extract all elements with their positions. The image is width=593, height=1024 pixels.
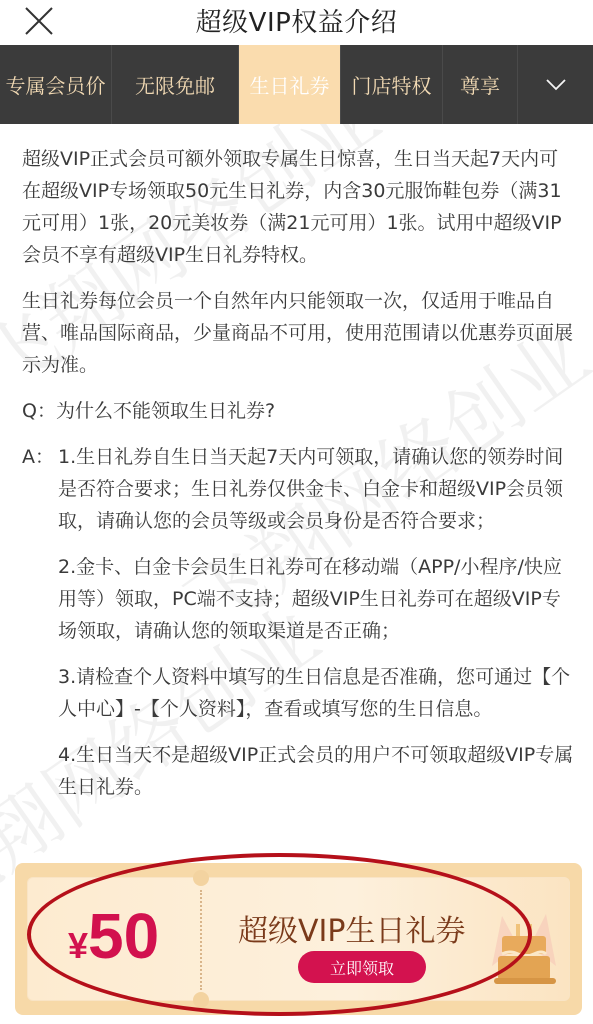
claim-now-button[interactable]: 立即领取 xyxy=(298,951,426,983)
tab-label: 尊享 xyxy=(460,70,500,99)
content: 超级VIP正式会员可额外领取专属生日惊喜，生日当天起7天内可在超级VIP专场领取… xyxy=(22,143,574,817)
coupon-amount: 50 xyxy=(88,900,159,972)
coupon-divider xyxy=(200,890,202,990)
intro-paragraph: 超级VIP正式会员可额外领取专属生日惊喜，生日当天起7天内可在超级VIP专场领取… xyxy=(22,143,574,271)
tab-bar: 专属会员价 无限免邮 生日礼券 门店特权 尊享 xyxy=(0,45,593,124)
usage-paragraph: 生日礼券每位会员一个自然年内只能领取一次，仅适用于唯品自营、唯品国际商品，少量商… xyxy=(22,285,574,381)
faq-answer: A： 1.生日礼券自生日当天起7天内可领取，请确认您的领券时间是否符合要求；生日… xyxy=(22,441,574,817)
answer-item: 4.生日当天不是超级VIP正式会员的用户不可领取超级VIP专属生日礼券。 xyxy=(58,739,574,803)
tab-birthday-coupon[interactable]: 生日礼券 xyxy=(239,45,341,124)
currency-symbol: ¥ xyxy=(68,925,88,966)
answer-item: 1.生日礼券自生日当天起7天内可领取，请确认您的领券时间是否符合要求；生日礼券仅… xyxy=(58,441,574,537)
faq-question: Q：为什么不能领取生日礼券? xyxy=(22,395,574,427)
tab-exclusive[interactable]: 尊享 xyxy=(443,45,518,124)
page-title: 超级VIP权益介绍 xyxy=(0,2,593,39)
tab-member-price[interactable]: 专属会员价 xyxy=(0,45,112,124)
header: 超级VIP权益介绍 xyxy=(0,0,593,45)
tab-store-privilege[interactable]: 门店特权 xyxy=(341,45,443,124)
answer-label: A： xyxy=(22,441,58,817)
coupon-notch xyxy=(193,992,209,1008)
tab-label: 无限免邮 xyxy=(135,70,215,99)
birthday-coupon-card: ¥50 超级VIP生日礼券 立即领取 xyxy=(15,863,582,1015)
tab-label: 专属会员价 xyxy=(6,70,106,99)
coupon-price: ¥50 xyxy=(68,904,159,968)
tab-label: 门店特权 xyxy=(352,70,432,99)
coupon-title: 超级VIP生日礼券 xyxy=(238,906,465,950)
answer-list: 1.生日礼券自生日当天起7天内可领取，请确认您的领券时间是否符合要求；生日礼券仅… xyxy=(58,441,574,817)
tabs-more-button[interactable] xyxy=(518,45,593,124)
answer-item: 2.金卡、白金卡会员生日礼券可在移动端（APP/小程序/快应用等）领取，PC端不… xyxy=(58,551,574,647)
coupon-inner: ¥50 超级VIP生日礼券 立即领取 xyxy=(27,877,570,1001)
tab-free-shipping[interactable]: 无限免邮 xyxy=(112,45,239,124)
chevron-down-icon xyxy=(545,78,567,92)
coupon-notch xyxy=(193,870,209,886)
answer-item: 3.请检查个人资料中填写的生日信息是否准确，您可通过【个人中心】-【个人资料】，… xyxy=(58,661,574,725)
tab-label: 生日礼券 xyxy=(250,70,330,99)
birthday-cake-icon xyxy=(488,906,560,992)
